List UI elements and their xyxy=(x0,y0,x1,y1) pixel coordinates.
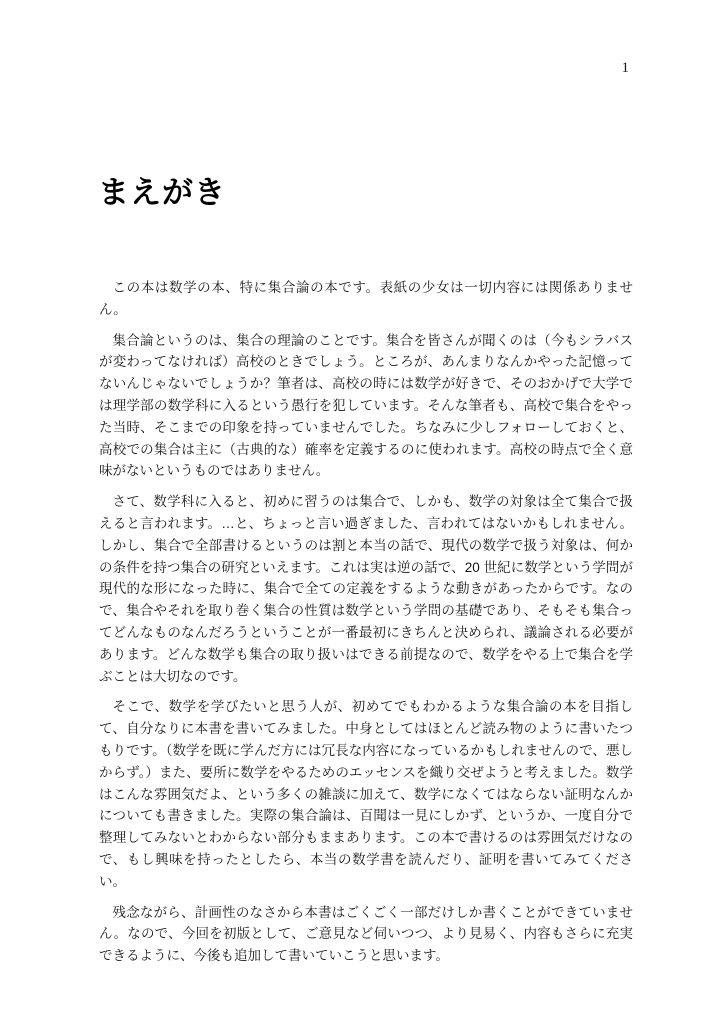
page-number: 1 xyxy=(622,60,630,77)
preface-paragraph: 集合論というのは、集合の理論のことです。集合を皆さんが聞くのは（今もシラバスが変… xyxy=(99,330,633,483)
preface-paragraph: さて、数学科に入ると、初めに習うのは集合で、しかも、数学の対象は全て集合で扱える… xyxy=(99,491,633,687)
document-page: 1 まえがき この本は数学の本、特に集合論の本です。表紙の少女は一切内容には関係… xyxy=(0,0,725,1024)
preface-paragraph: この本は数学の本、特に集合論の本です。表紙の少女は一切内容には関係ありません。 xyxy=(99,277,633,321)
preface-paragraph: 残念ながら、計画性のなさから本書はごくごく一部だけしか書くことができていません。… xyxy=(99,902,633,967)
preface-body: この本は数学の本、特に集合論の本です。表紙の少女は一切内容には関係ありません。 … xyxy=(99,277,633,967)
preface-paragraph: そこで、数学を学びたいと思う人が、初めてでもわかるような集合論の本を目指して、自… xyxy=(99,696,633,892)
page-title: まえがき xyxy=(98,176,226,210)
